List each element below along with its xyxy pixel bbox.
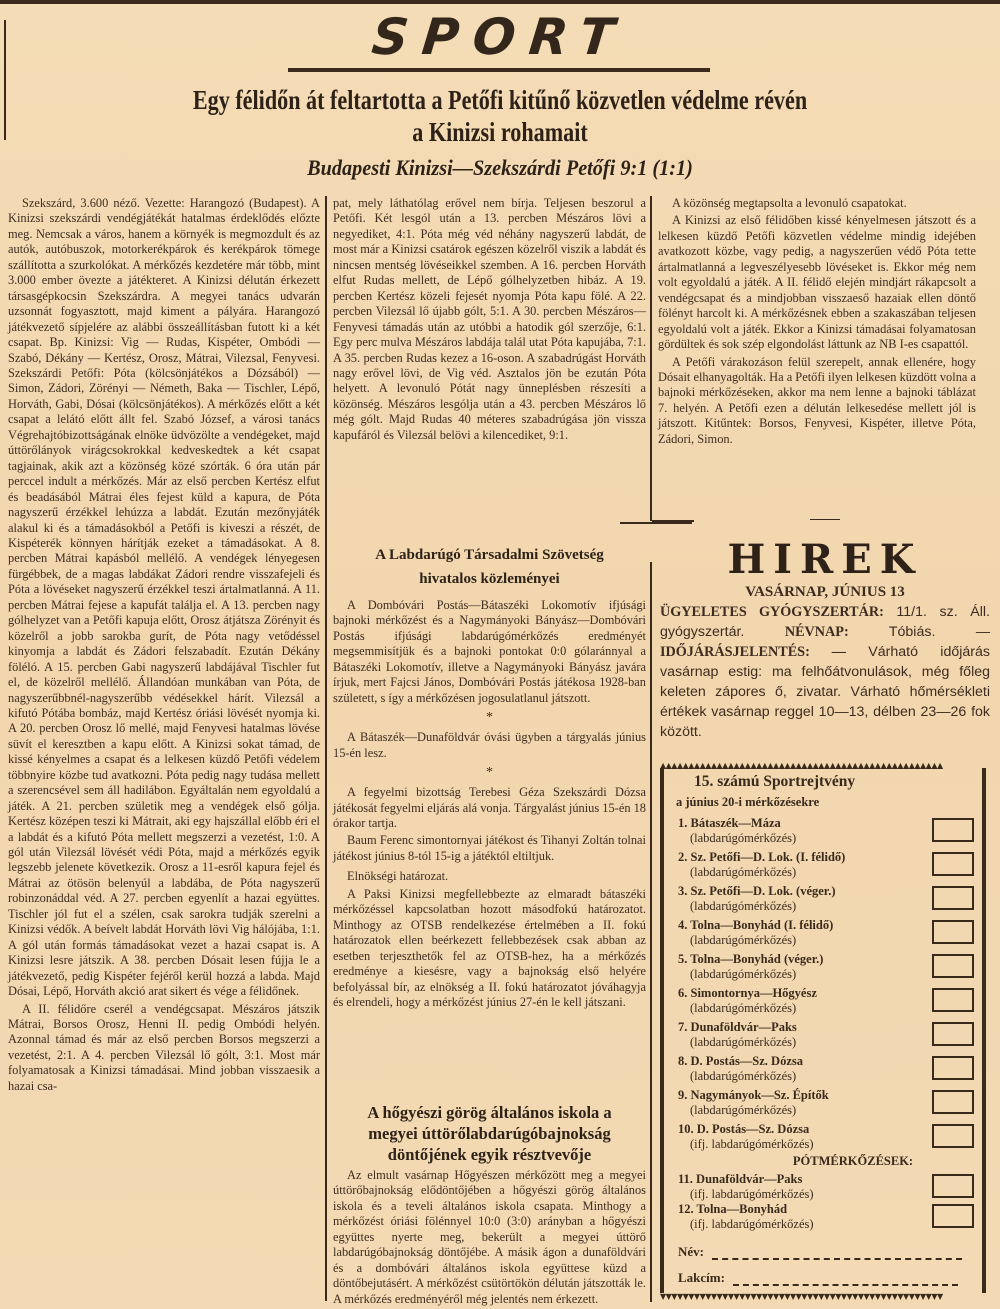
article-paragraph: Az elmult vasárnap Hőgyészen mérkőzött m… [333,1168,646,1307]
match-title: 5. Tolna—Bonyhád (véger.) [678,952,823,966]
tip-answer-box[interactable] [932,818,974,842]
lts-title-line-1: A Labdarúgó Társadalmi Szövetség [333,543,646,567]
match-title: 7. Dunaföldvár—Paks [678,1020,797,1034]
tip-answer-box[interactable] [932,920,974,944]
address-field[interactable]: Lakcím: [678,1270,958,1286]
puzzle-match-item: 9. Nagymányok—Sz. Építők(labdarúgómérkőz… [664,1086,982,1120]
nameday-label: NÉVNAP: [785,624,849,640]
match-title: 12. Tolna—Bonyhád [678,1202,787,1216]
headline-line-1: Egy félidőn át feltartotta a Petőfi kitű… [106,84,893,116]
match-type: (labdarúgómérkőzés) [690,865,796,879]
announcement-paragraph: Elnökségi határozat. [333,869,646,884]
announcement-paragraph: A Paksi Kinizsi megfellebbezte az elmara… [333,887,646,1011]
match-type: (labdarúgómérkőzés) [690,933,796,947]
column-divider [650,196,652,521]
hogyesz-article-title: A hőgyészi görög általános iskola a megy… [333,1102,646,1165]
tip-answer-box[interactable] [932,1090,974,1114]
puzzle-match-item: 6. Simontornya—Hőgyész(labdarúgómérkőzés… [664,984,982,1018]
puzzle-match-item: 12. Tolna—Bonyhád(ifj. labdarúgómérkőzés… [664,1200,982,1230]
match-type: (ifj. labdarúgómérkőzés) [690,1187,814,1201]
headline-line-2: a Kinizsi rohamait [106,116,893,148]
pharmacy-label: ÜGYELETES GYÓGYSZERTÁR: [660,604,884,620]
puzzle-match-item: 7. Dunaföldvár—Paks(labdarúgómérkőzés) [664,1018,982,1052]
weather-label: IDŐJÁRÁSJELENTÉS: — [660,644,846,660]
match-type: (ifj. labdarúgómérkőzés) [690,1217,814,1231]
puzzle-match-item: 8. D. Postás—Sz. Dózsa(labdarúgómérkőzés… [664,1052,982,1086]
tip-answer-box[interactable] [932,1204,974,1228]
report-paragraph: A Kinizsi az első félidőben kissé kényel… [658,213,976,352]
tip-answer-box[interactable] [932,954,974,978]
coupon-bottom-border: ▼▼▼▼▼▼▼▼▼▼▼▼▼▼▼▼▼▼▼▼▼▼▼▼▼▼▼▼▼▼▼▼▼▼▼▼▼▼▼▼… [660,1293,986,1301]
match-title: 9. Nagymányok—Sz. Építők [678,1088,829,1102]
separator-star: * [333,765,646,781]
nameday-value: Tóbiás. — [889,624,990,640]
puzzle-match-item: 5. Tolna—Bonyhád (véger.)(labdarúgómérkő… [664,950,982,984]
news-section-title: HIREK [650,536,1000,583]
match-title: 2. Sz. Petőfi—D. Lok. (I. félidő) [678,850,845,864]
hogyesz-title-line-3: döntőjének egyik résztvevője [333,1144,646,1165]
match-title: 3. Sz. Petőfi—D. Lok. (véger.) [678,884,836,898]
announcement-paragraph: A Bátaszék—Dunaföldvár óvási ügyben a tá… [333,730,646,761]
lts-title-line-2: hivatalos közleményei [333,567,646,591]
match-type: (labdarúgómérkőzés) [690,1103,796,1117]
match-type: (labdarúgómérkőzés) [690,1035,796,1049]
match-title: 1. Bátaszék—Máza [678,816,781,830]
puzzle-match-item: 10. D. Postás—Sz. Dózsa(ifj. labdarúgómé… [664,1120,982,1154]
masthead-rule [288,68,710,72]
announcement-paragraph: Baum Ferenc simontornyai játékost és Tih… [333,833,646,864]
match-report-column-2: pat, mely láthatólag erővel nem bírja. T… [333,196,646,443]
section-divider [620,522,692,524]
tip-answer-box[interactable] [932,852,974,876]
match-type: (labdarúgómérkőzés) [690,831,796,845]
section-masthead: SPORT [0,8,1000,66]
match-title: 6. Simontornya—Hőgyész [678,986,817,1000]
puzzle-match-item: 2. Sz. Petőfi—D. Lok. (I. félidő)(labdar… [664,848,982,882]
report-paragraph: A II. félidőre cserél a vendégcsapat. Mé… [8,1002,320,1095]
match-type: (labdarúgómérkőzés) [690,899,796,913]
column-divider [325,196,327,1301]
puzzle-title: 15. számú Sportrejtvény [694,773,855,791]
report-paragraph: pat, mely láthatólag erővel nem bírja. T… [333,196,646,443]
address-label: Lakcím: [678,1270,725,1285]
column-divider [650,562,652,1302]
article-headline: Egy félidőn át feltartotta a Petőfi kitű… [106,84,893,148]
tip-answer-box[interactable] [932,988,974,1012]
tip-answer-box[interactable] [932,1124,974,1148]
tip-answer-box[interactable] [932,1174,974,1198]
lts-announcements-title: A Labdarúgó Társadalmi Szövetség hivatal… [333,543,646,591]
hogyesz-title-line-1: A hőgyészi görög általános iskola a [333,1102,646,1123]
address-input-line[interactable] [733,1284,958,1286]
top-rule [0,0,1000,4]
report-paragraph: A közönség megtapsolta a levonuló csapat… [658,196,976,211]
report-paragraph: Szekszárd, 3.600 néző. Vezette: Harangoz… [8,196,320,1000]
tip-answer-box[interactable] [932,1056,974,1080]
news-date: VASÁRNAP, JÚNIUS 13 [660,582,990,602]
name-input-line[interactable] [712,1258,962,1260]
match-type: (labdarúgómérkőzés) [690,1069,796,1083]
hogyesz-title-line-2: megyei úttörőlabdarúgóbajnokság [333,1123,646,1144]
puzzle-match-item: 4. Tolna—Bonyhád (I. félidő)(labdarúgómé… [664,916,982,950]
name-field[interactable]: Név: [678,1244,962,1260]
puzzle-match-list: 1. Bátaszék—Máza(labdarúgómérkőzés)2. Sz… [664,814,982,1230]
separator-star: * [333,710,646,726]
match-title: 4. Tolna—Bonyhád (I. félidő) [678,918,833,932]
lts-announcements-body: A Dombóvári Postás—Bátaszéki Lokomotív i… [333,598,646,1010]
match-report-column-1: Szekszárd, 3.600 néző. Vezette: Harangoz… [8,196,320,1094]
section-divider [652,520,694,522]
news-body: VASÁRNAP, JÚNIUS 13 ÜGYELETES GYÓGYSZERT… [660,582,990,742]
match-type: (ifj. labdarúgómérkőzés) [690,1137,814,1151]
announcement-paragraph: A fegyelmi bizottság Terebesi Géza Szeks… [333,785,646,831]
puzzle-subtitle: a június 20-i mérkőzésekre [676,795,819,810]
section-divider [810,519,840,520]
news-details: ÜGYELETES GYÓGYSZERTÁR: 11/1. sz. Áll. g… [660,602,990,742]
hogyesz-article-body: Az elmult vasárnap Hőgyészen mérkőzött m… [333,1168,646,1307]
match-type: (labdarúgómérkőzés) [690,1001,796,1015]
name-label: Név: [678,1244,704,1259]
sport-puzzle-coupon: 15. számú Sportrejtvény a június 20-i mé… [660,768,986,1293]
report-paragraph: A Petőfi várakozáson felül szerepelt, an… [658,355,976,448]
extra-matches-heading: PÓTMÉRKŐZÉSEK: [664,1154,982,1170]
match-title: 10. D. Postás—Sz. Dózsa [678,1122,809,1136]
match-title: 8. D. Postás—Sz. Dózsa [678,1054,803,1068]
tip-answer-box[interactable] [932,886,974,910]
puzzle-match-item: 1. Bátaszék—Máza(labdarúgómérkőzés) [664,814,982,848]
puzzle-match-item: 3. Sz. Petőfi—D. Lok. (véger.)(labdarúgó… [664,882,982,916]
announcement-paragraph: A Dombóvári Postás—Bátaszéki Lokomotív i… [333,598,646,706]
match-result-subhead: Budapesti Kinizsi—Szekszárdi Petőfi 9:1 … [40,155,960,181]
match-type: (labdarúgómérkőzés) [690,967,796,981]
newspaper-page: SPORT Egy félidőn át feltartotta a Petőf… [0,0,1000,1309]
match-title: 11. Dunaföldvár—Paks [678,1172,802,1186]
match-report-column-3: A közönség megtapsolta a levonuló csapat… [658,196,976,447]
tip-answer-box[interactable] [932,1022,974,1046]
puzzle-match-item: 11. Dunaföldvár—Paks(ifj. labdarúgómérkő… [664,1170,982,1200]
